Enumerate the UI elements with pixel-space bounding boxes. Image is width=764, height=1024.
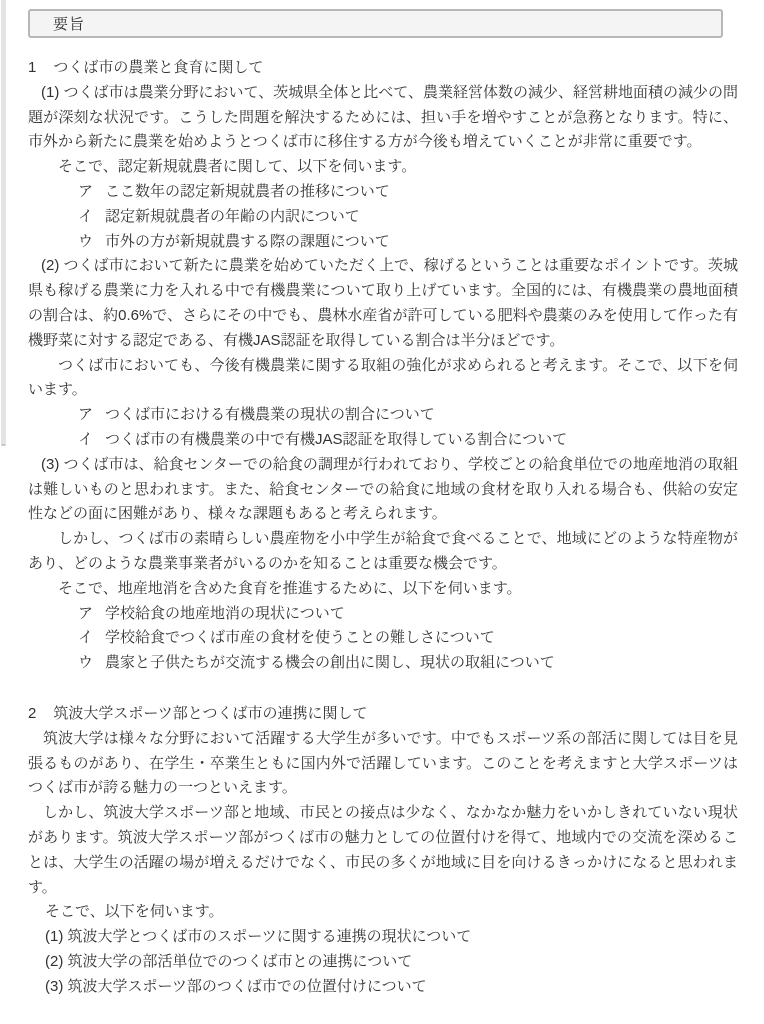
question-item: (1) 筑波大学とつくば市のスポーツに関する連携の現状について <box>28 925 738 950</box>
paragraph: そこで、地産地消を含めた食育を推進するために、以下を伺います。 <box>28 577 738 602</box>
summary-header-box[interactable]: 要旨 <box>28 9 723 38</box>
sub-question-text: つくば市の有機農業の中で有機JAS認証を取得している割合について <box>105 431 567 448</box>
section-2: 2筑波大学スポーツ部とつくば市の連携に関して 筑波大学は様々な分野において活躍す… <box>28 702 738 1000</box>
paragraph: (1) つくば市は農業分野において、茨城県全体と比べて、農業経営体数の減少、経営… <box>28 81 738 155</box>
document-body: 1つくば市の農業と食育に関して (1) つくば市は農業分野において、茨城県全体と… <box>28 56 738 999</box>
sub-question-item: イ学校給食でつくば市産の食材を使うことの難しさについて <box>28 626 738 651</box>
section-1: 1つくば市の農業と食育に関して (1) つくば市は農業分野において、茨城県全体と… <box>28 56 738 676</box>
paragraph: (3) つくば市は、給食センターでの給食の調理が行われており、学校ごとの給食単位… <box>28 453 738 527</box>
sub-question-item: アつくば市における有機農業の現状の割合について <box>28 403 738 428</box>
paragraph: しかし、筑波大学スポーツ部と地域、市民との接点は少なく、なかなか魅力をいかしきれ… <box>28 801 738 900</box>
sub-question-item: アここ数年の認定新規就農者の推移について <box>28 180 738 205</box>
sub-question-item: イ認定新規就農者の年齢の内訳について <box>28 205 738 230</box>
sub-question-text: 農家と子供たちが交流する機会の創出に関し、現状の取組について <box>105 654 555 671</box>
sub-question-text: つくば市における有機農業の現状の割合について <box>105 406 435 423</box>
paragraph: つくば市においても、今後有機農業に関する取組の強化が求められると考えます。そこで… <box>28 354 738 404</box>
sub-question-item: ア学校給食の地産地消の現状について <box>28 602 738 627</box>
sub-question-label: ウ <box>78 651 93 676</box>
document-content: 要旨 1つくば市の農業と食育に関して (1) つくば市は農業分野において、茨城県… <box>0 0 764 999</box>
paragraph: (2) つくば市において新たに農業を始めていただく上で、稼げるということは重要な… <box>28 254 738 353</box>
paragraph: そこで、以下を伺います。 <box>28 900 738 925</box>
sub-question-item: ウ市外の方が新規就農する際の課題について <box>28 230 738 255</box>
paragraph: しかし、つくば市の素晴らしい農産物を小中学生が給食で食べることで、地域にどのよう… <box>28 527 738 577</box>
sub-question-label: ウ <box>78 230 93 255</box>
section-heading: 2筑波大学スポーツ部とつくば市の連携に関して <box>28 702 738 727</box>
section-title: つくば市の農業と食育に関して <box>53 59 263 76</box>
question-item: (2) 筑波大学の部活単位でのつくば市との連携について <box>28 950 738 975</box>
sub-question-text: 認定新規就農者の年齢の内訳について <box>105 208 360 225</box>
section-title: 筑波大学スポーツ部とつくば市の連携に関して <box>53 705 367 722</box>
sub-question-label: イ <box>78 626 93 651</box>
paragraph: 筑波大学は様々な分野において活躍する大学生が多いです。中でもスポーツ系の部活に関… <box>28 727 738 801</box>
sub-question-label: ア <box>78 403 93 428</box>
paragraph: そこで、認定新規就農者に関して、以下を伺います。 <box>28 155 738 180</box>
sub-question-label: イ <box>78 428 93 453</box>
sub-question-text: 学校給食でつくば市産の食材を使うことの難しさについて <box>105 629 495 646</box>
sub-question-text: 市外の方が新規就農する際の課題について <box>105 233 390 250</box>
section-number: 1 <box>28 56 36 81</box>
document-page: 要旨 1つくば市の農業と食育に関して (1) つくば市は農業分野において、茨城県… <box>0 0 764 1024</box>
sub-question-item: ウ農家と子供たちが交流する機会の創出に関し、現状の取組について <box>28 651 738 676</box>
sub-question-label: イ <box>78 205 93 230</box>
sub-question-label: ア <box>78 180 93 205</box>
sub-question-text: 学校給食の地産地消の現状について <box>105 605 345 622</box>
sub-question-label: ア <box>78 602 93 627</box>
summary-header-label: 要旨 <box>53 13 85 34</box>
scrollbar-thumb[interactable] <box>1 0 6 446</box>
section-heading: 1つくば市の農業と食育に関して <box>28 56 738 81</box>
sub-question-text: ここ数年の認定新規就農者の推移について <box>105 183 390 200</box>
section-number: 2 <box>28 702 36 727</box>
sub-question-item: イつくば市の有機農業の中で有機JAS認証を取得している割合について <box>28 428 738 453</box>
question-item: (3) 筑波大学スポーツ部のつくば市での位置付けについて <box>28 975 738 1000</box>
